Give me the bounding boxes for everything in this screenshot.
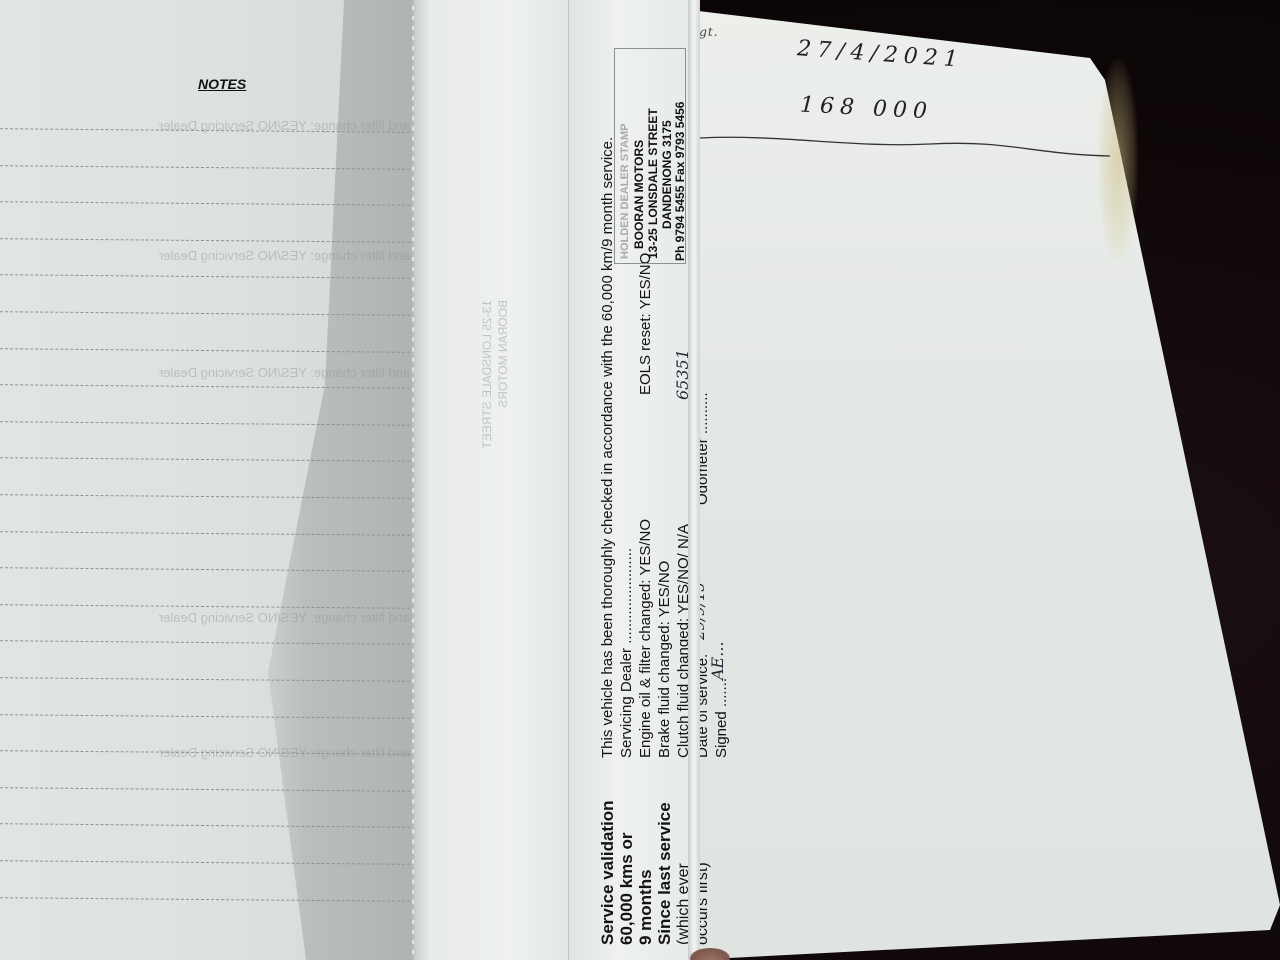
heading-line: 60,000 kms or bbox=[617, 833, 636, 945]
heading-line: 9 months bbox=[636, 869, 655, 945]
ghost-stamp-text: BOORAN MOTORS bbox=[496, 300, 510, 408]
engine-oil-field: Engine oil & filter changed: YES/NO bbox=[636, 519, 655, 758]
handwritten-underline bbox=[700, 130, 1110, 170]
photo-scene: Sgt. 27/4/2021 168 000 and filter change… bbox=[0, 0, 1280, 960]
ghost-stamp-text: 13-25 LONSDALE STREET bbox=[480, 300, 494, 449]
notes-title: NOTES bbox=[198, 76, 246, 92]
stamp-phone: Ph 9794 5455 Fax 9793 5456 bbox=[673, 102, 687, 261]
stamp-address: 13-25 LONSDALE STREET bbox=[646, 108, 660, 259]
heading-line: Service validation bbox=[598, 800, 617, 945]
page-edge bbox=[688, 0, 700, 960]
dealer-stamp: HOLDEN DEALER STAMP BOORAN MOTORS 13-25 … bbox=[614, 48, 686, 264]
faded-back-strip: BOORAN MOTORS 13-25 LONSDALE STREET bbox=[412, 0, 574, 960]
brake-fluid-field: Brake fluid changed: YES/NO bbox=[655, 561, 674, 758]
stamp-city: DANDENONG 3175 bbox=[660, 120, 674, 229]
stamp-dealer-name: BOORAN MOTORS bbox=[632, 140, 646, 249]
stamp-header: HOLDEN DEALER STAMP bbox=[619, 124, 631, 259]
servicing-dealer-field: Servicing Dealer ....................... bbox=[617, 548, 636, 758]
heading-line: Since last service bbox=[655, 802, 674, 945]
signature: AE... bbox=[708, 642, 727, 681]
signed-label: Signed ....... bbox=[712, 678, 731, 758]
eols-reset-field: EOLS reset: YES/NO bbox=[636, 253, 655, 395]
